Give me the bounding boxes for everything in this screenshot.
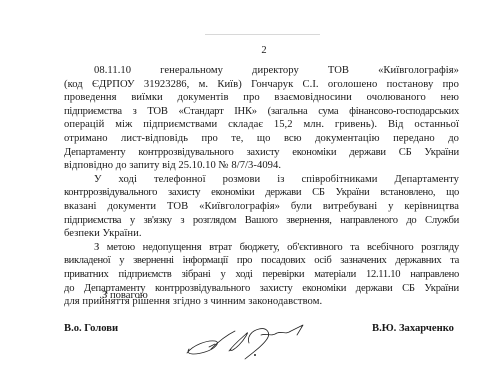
text-line: відповідно до запиту від 25.10.10 № 8/7/… <box>64 159 459 173</box>
signatory-title: В.о. Голови <box>64 323 118 334</box>
text-line: операцій між підприємствами складає 15,2… <box>64 118 459 132</box>
text-line: проведення виїмки документів про взаємов… <box>64 91 459 105</box>
document-page: 2 08.11.10 генеральному директору ТОВ «К… <box>0 0 500 389</box>
paragraph-2: У ході телефонної розмови із співробітни… <box>64 173 459 241</box>
text-line: 08.11.10 генеральному директору ТОВ «Киї… <box>64 64 459 78</box>
text-line: підприємства у зв'язку з розглядом Вашог… <box>64 214 459 228</box>
page-number: 2 <box>258 45 270 56</box>
text-line: приватних підприємств зібрані у ході пер… <box>64 268 459 282</box>
text-line: викладеної у зверненні інформації про по… <box>64 254 459 268</box>
text-line: (код ЄДРПОУ 31923286, м. Київ) Гончарук … <box>64 78 459 92</box>
scan-artifact <box>205 34 320 35</box>
signatory-name: В.Ю. Захарченко <box>372 323 454 334</box>
handwritten-signature-icon <box>185 315 305 363</box>
text-line: отримано лист-відповідь про те, що всю д… <box>64 132 459 146</box>
text-line: Департаменту контррозвідувального захист… <box>64 146 459 160</box>
text-line: контррозвідувального захисту економіки д… <box>64 186 459 200</box>
text-line: У ході телефонної розмови із співробітни… <box>64 173 459 187</box>
closing-phrase: З повагою <box>102 290 148 301</box>
text-line: вказані документи ТОВ «Київголографія» б… <box>64 200 459 214</box>
letter-body: 08.11.10 генеральному директору ТОВ «Киї… <box>64 64 459 309</box>
text-line: З метою недопущення втрат бюджету, об'єк… <box>64 241 459 255</box>
paragraph-1: 08.11.10 генеральному директору ТОВ «Киї… <box>64 64 459 173</box>
text-line: підприємства з ТОВ «Стандарт ІНК» (загал… <box>64 105 459 119</box>
text-line: безпеки України. <box>64 227 459 241</box>
